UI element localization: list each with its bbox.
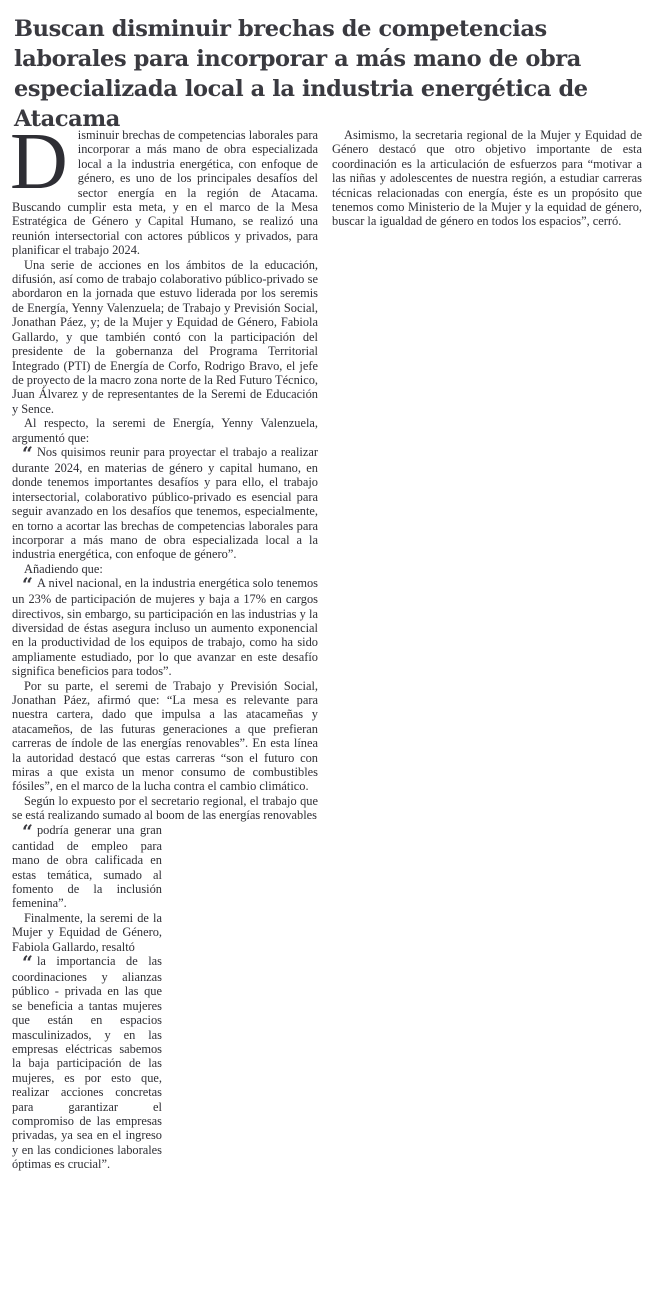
pull-quote: “A nivel nacional, en la industria energ… — [12, 576, 318, 678]
article-column-right: Asimismo, la secretaria regional de la M… — [332, 128, 642, 229]
quote-text: Nos quisimos reunir para proyectar el tr… — [12, 445, 318, 561]
article-paragraph: Según lo expuesto por el secretario regi… — [12, 794, 318, 823]
article-column-left: Disminuir brechas de competencias labora… — [12, 128, 318, 1172]
article-paragraph: Por su parte, el seremi de Trabajo y Pre… — [12, 679, 318, 794]
quote-text: la importancia de las coordinaciones y a… — [12, 954, 162, 1171]
article-headline: Buscan disminuir brechas de competencias… — [14, 14, 644, 134]
quote-text: podría generar una gran cantidad de empl… — [12, 823, 162, 911]
pull-quote: “Nos quisimos reunir para proyectar el t… — [12, 445, 318, 562]
article-paragraph: Finalmente, la seremi de la Mujer y Equi… — [12, 911, 162, 954]
pull-quote: “la importancia de las coordinaciones y … — [12, 954, 162, 1172]
drop-cap: D — [10, 132, 68, 192]
article-paragraph: Añadiendo que: — [12, 562, 318, 576]
pull-quote: “podría generar una gran cantidad de emp… — [12, 823, 162, 911]
narrow-section: “podría generar una gran cantidad de emp… — [12, 823, 162, 1172]
quote-text: A nivel nacional, en la industria energé… — [12, 576, 318, 678]
article-paragraph: Asimismo, la secretaria regional de la M… — [332, 128, 642, 229]
article-paragraph: Una serie de acciones en los ámbitos de … — [12, 258, 318, 416]
article-paragraph: Al respecto, la seremi de Energía, Yenny… — [12, 416, 318, 445]
article-paragraph-lead: Disminuir brechas de competencias labora… — [12, 128, 318, 258]
